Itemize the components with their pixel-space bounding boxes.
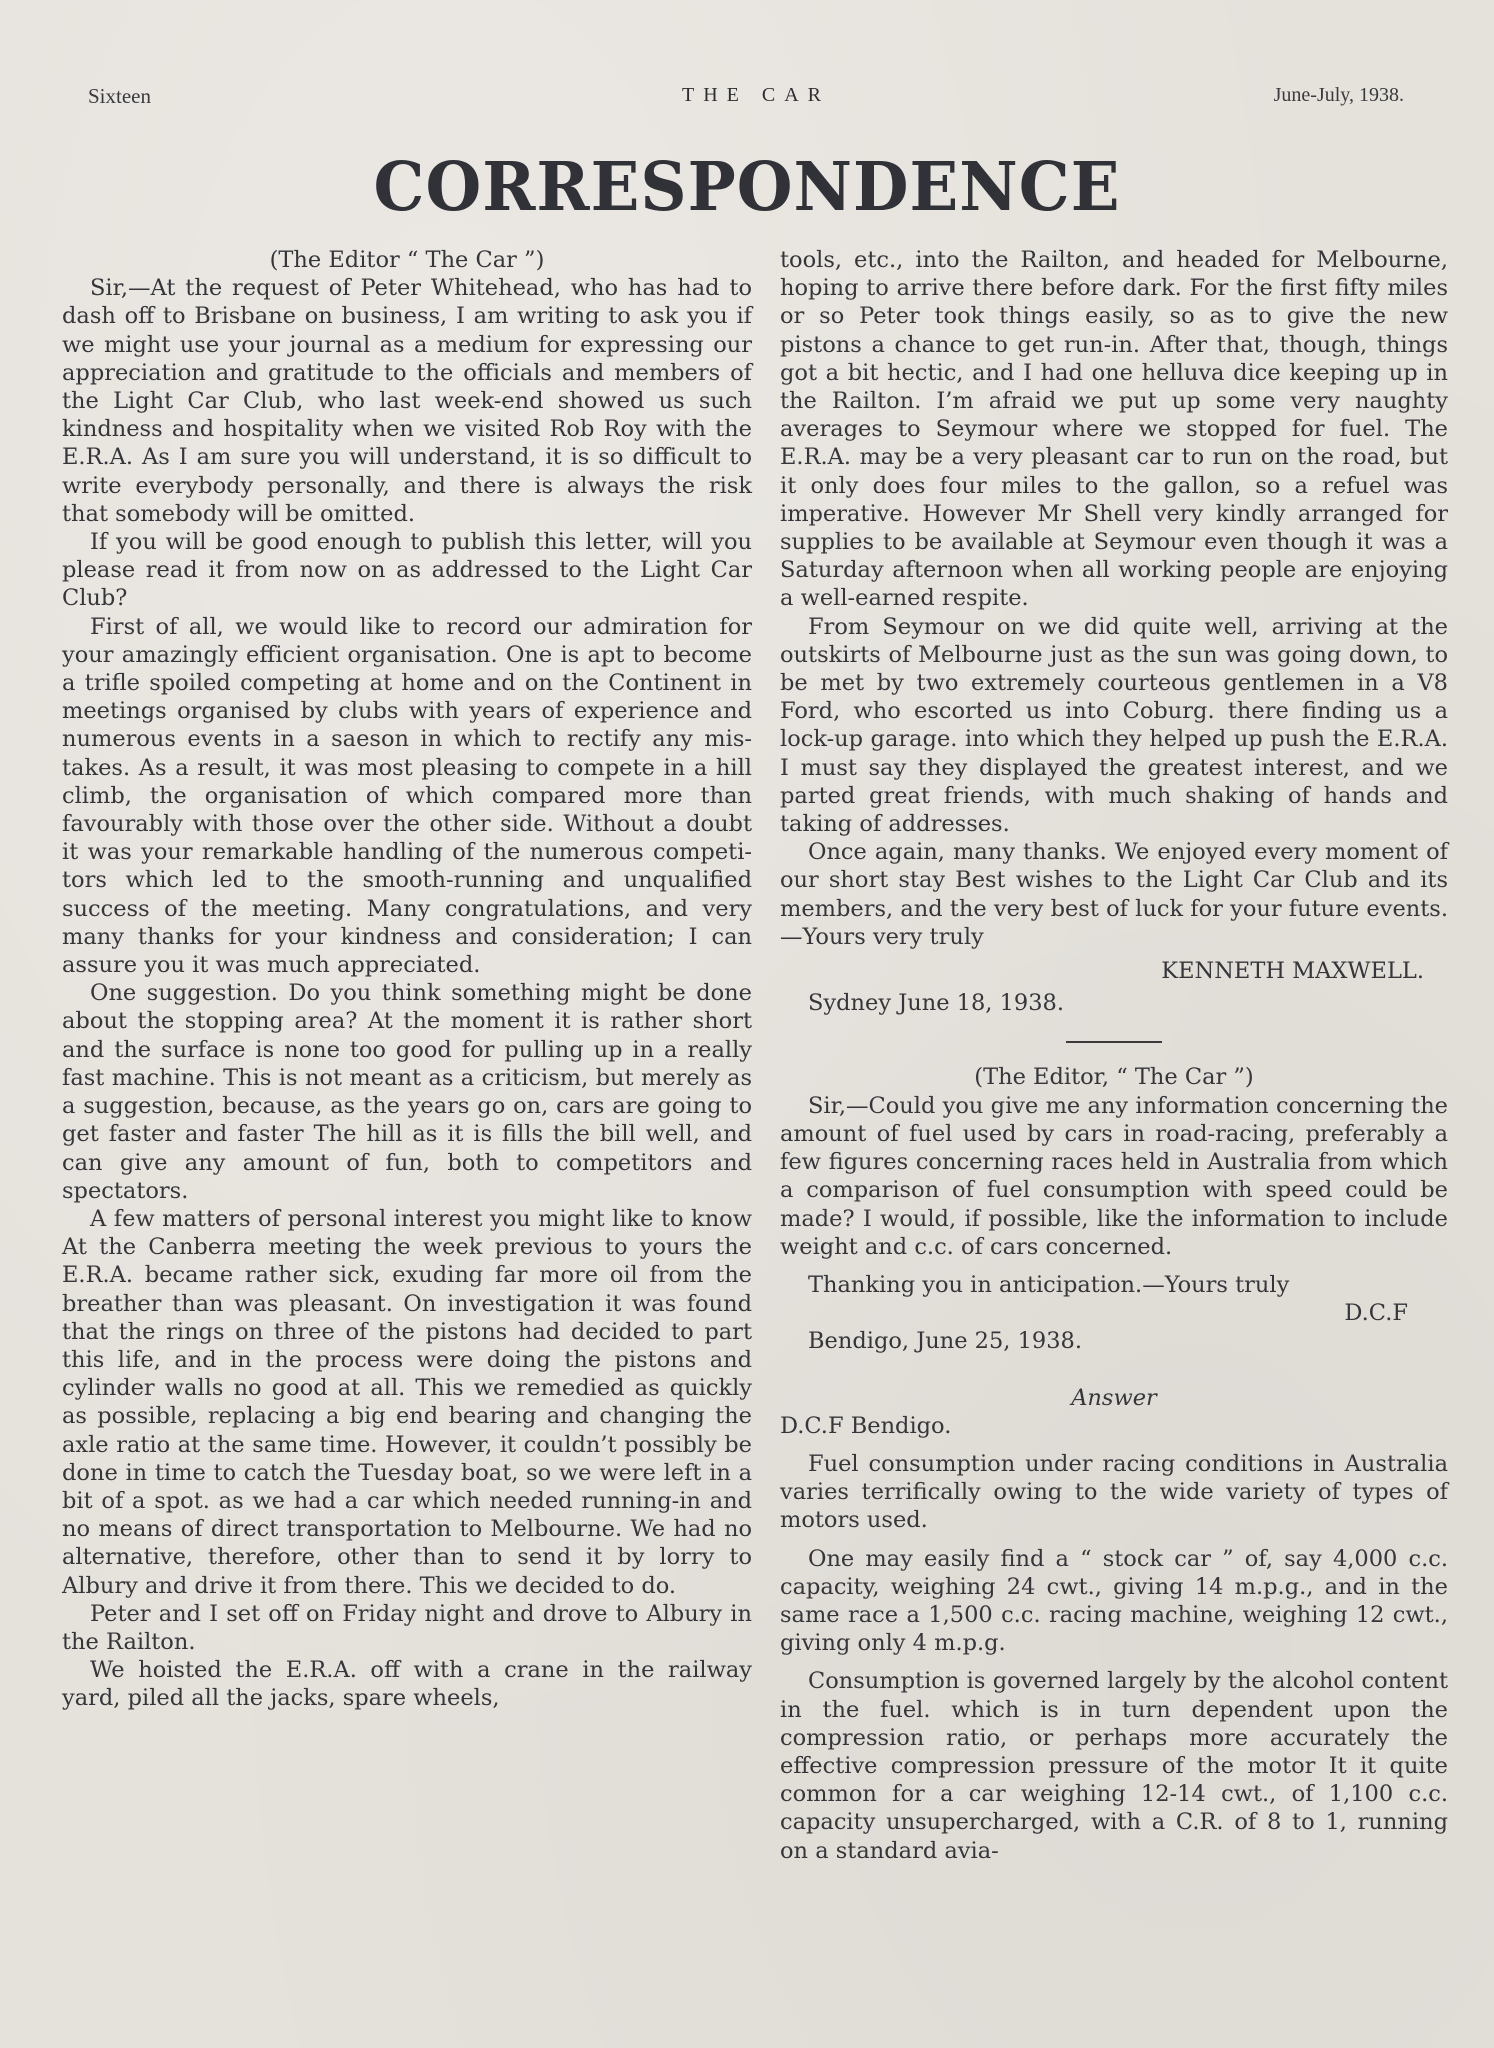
letter-1-paragraph: Peter and I set off on Friday night and … bbox=[62, 1600, 752, 1656]
letter-2-paragraph: Thanking you in anticipation.—Yours trul… bbox=[780, 1271, 1448, 1299]
answer-addressee: D.C.F Bendigo. bbox=[780, 1412, 1448, 1440]
magazine-page: Sixteen THE CAR June-July, 1938. CORRESP… bbox=[0, 0, 1494, 2048]
letter-1-paragraph: We hoisted the E.R.A. off with a crane i… bbox=[62, 1656, 752, 1712]
letter-1-paragraph: One suggestion. Do you think something m… bbox=[62, 979, 752, 1205]
answer-paragraph: One may easily find a “ stock car ” of, … bbox=[780, 1545, 1448, 1658]
publication-name: THE CAR bbox=[88, 84, 1404, 107]
letter-1-signature: KENNETH MAXWELL. bbox=[780, 957, 1424, 985]
spacer bbox=[780, 1356, 1448, 1378]
letter-1-paragraph: From Seymour on we did quite well, arriv… bbox=[780, 613, 1448, 839]
letter-1-paragraph: A few matters of personal interest you m… bbox=[62, 1205, 752, 1600]
letter-1-salutation: (The Editor “ The Car ”) bbox=[62, 246, 752, 274]
letter-1-paragraph: If you will be good enough to publish th… bbox=[62, 528, 752, 613]
letter-2-salutation: (The Editor, “ The Car ”) bbox=[780, 1063, 1448, 1091]
letter-1-paragraph: Sir,—At the request of Peter Whitehead, … bbox=[62, 274, 752, 528]
answer-heading: Answer bbox=[780, 1384, 1448, 1412]
issue-date: June-July, 1938. bbox=[1274, 84, 1404, 107]
column-left: (The Editor “ The Car ”) Sir,—At the req… bbox=[62, 246, 752, 1713]
letter-1-paragraph: Once again, many thanks. We enjoyed ever… bbox=[780, 838, 1448, 951]
letter-2-paragraph: Sir,—Could you give me any information c… bbox=[780, 1092, 1448, 1261]
letter-1-paragraph: First of all, we would like to record ou… bbox=[62, 613, 752, 980]
column-right: tools, etc., into the Railton, and heade… bbox=[780, 246, 1448, 1865]
section-divider bbox=[1066, 1041, 1162, 1043]
running-head: Sixteen THE CAR June-July, 1938. bbox=[88, 84, 1404, 114]
answer-paragraph: Fuel consumption under racing conditions… bbox=[780, 1450, 1448, 1535]
answer-paragraph: Consumption is governed largely by the a… bbox=[780, 1667, 1448, 1864]
letter-1-paragraph-continued: tools, etc., into the Railton, and heade… bbox=[780, 246, 1448, 613]
letter-1-dateline: Sydney June 18, 1938. bbox=[780, 989, 1448, 1017]
page-title: CORRESPONDENCE bbox=[0, 148, 1494, 227]
letter-2-signature: D.C.F bbox=[780, 1299, 1408, 1327]
letter-2-dateline: Bendigo, June 25, 1938. bbox=[780, 1327, 1448, 1355]
